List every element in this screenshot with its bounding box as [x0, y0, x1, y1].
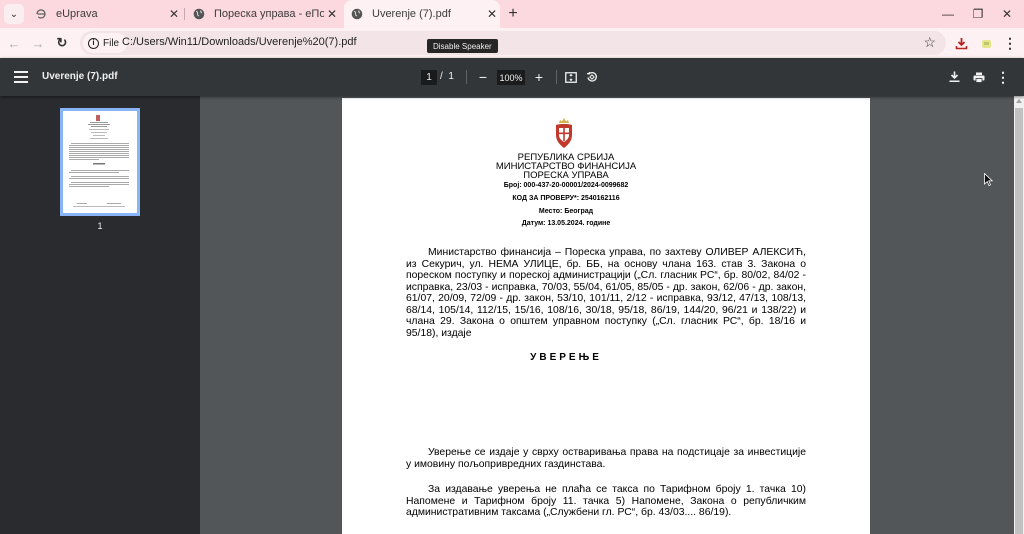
- zoom-out-button[interactable]: −: [474, 68, 492, 86]
- info-icon: i: [88, 38, 99, 49]
- verification-code: КОД ЗА ПРОВЕРУ*: 2540162116: [406, 195, 726, 202]
- printer-icon: [973, 72, 985, 83]
- plus-icon: +: [535, 69, 543, 85]
- tab-strip: ⌄ eUprava ✕ Пореска управа - еПорези :: …: [0, 0, 1024, 28]
- reload-icon: ↻: [57, 35, 68, 51]
- total-pages: 1: [448, 71, 454, 82]
- tooltip: Disable Speaker: [427, 39, 498, 53]
- print-button[interactable]: [970, 68, 988, 86]
- thumbnail-preview: [63, 111, 137, 213]
- arrow-left-icon: ←: [8, 36, 21, 51]
- bookmark-star-icon[interactable]: ☆: [923, 34, 936, 51]
- globe-icon: [350, 7, 364, 21]
- sidebar-toggle-button[interactable]: [14, 71, 28, 83]
- more-vert-icon: ⋮: [996, 69, 1010, 86]
- download-icon: [955, 37, 968, 50]
- toolbar-divider: [556, 70, 557, 84]
- page-number-input[interactable]: 1: [421, 70, 437, 85]
- pdf-viewer-area[interactable]: РЕПУБЛИКА СРБИЈА МИНИСТАРСТВО ФИНАНСИЈА …: [200, 96, 1014, 534]
- page-thumbnail-1[interactable]: [60, 108, 140, 216]
- tab-poreska-uprava[interactable]: Пореска управа - еПорези :: Улаз ✕: [188, 0, 340, 28]
- reload-button[interactable]: ↻: [52, 33, 72, 53]
- tab-title: Пореска управа - еПорези :: Улаз: [214, 8, 324, 20]
- tab-divider: [184, 8, 185, 20]
- header-line-3: ПОРЕСКА УПРАВА: [406, 171, 726, 180]
- minimize-button[interactable]: —: [931, 0, 965, 28]
- arrow-right-icon: →: [32, 36, 45, 51]
- thumbnail-sidebar: 1: [0, 96, 200, 534]
- browser-menu-button[interactable]: ⋮: [1000, 33, 1020, 53]
- minus-icon: −: [479, 69, 487, 85]
- pdf-page: РЕПУБЛИКА СРБИЈА МИНИСТАРСТВО ФИНАНСИЈА …: [342, 98, 870, 534]
- pdf-toolbar: Uverenje (7).pdf 1 / 1 − 100% + ⋮: [0, 58, 1024, 96]
- vertical-scrollbar[interactable]: [1014, 96, 1024, 534]
- browser-toolbar: ← → ↻ i File C:/Users/Win11/Downloads/Uv…: [0, 28, 1024, 58]
- euprava-icon: [34, 7, 48, 21]
- chevron-down-icon: ⌄: [10, 9, 18, 20]
- tab-uverenje-pdf[interactable]: Uverenje (7).pdf ✕: [344, 0, 500, 28]
- toolbar-divider: [466, 70, 467, 84]
- thumbnail-page-number: 1: [0, 221, 200, 231]
- close-tab-icon[interactable]: ✕: [324, 6, 340, 22]
- site-info-label: File: [103, 38, 119, 49]
- page-count: / 1: [440, 71, 454, 82]
- fee-paragraph: За издавање уверења не плаћа се такса по…: [406, 484, 806, 519]
- address-bar[interactable]: i File C:/Users/Win11/Downloads/Uverenje…: [80, 31, 946, 55]
- pdf-more-actions-button[interactable]: ⋮: [994, 68, 1012, 86]
- url-text[interactable]: C:/Users/Win11/Downloads/Uverenje%20(7).…: [122, 36, 357, 48]
- rotate-button[interactable]: [583, 68, 601, 86]
- more-vert-icon: ⋮: [1003, 35, 1017, 52]
- close-tab-icon[interactable]: ✕: [484, 6, 500, 22]
- pdf-file-name: Uverenje (7).pdf: [42, 71, 118, 82]
- scrollbar-thumb[interactable]: [1015, 108, 1023, 534]
- serbian-coat-of-arms-icon: [554, 118, 574, 150]
- rotate-icon: [586, 71, 598, 83]
- intro-paragraph: Министарство финансија – Пореска управа,…: [406, 247, 806, 339]
- issue-place: Место: Београд: [406, 208, 726, 215]
- document-number: Број: 000-437-20-00001/2024-0099682: [406, 182, 726, 189]
- issue-date: Датум: 13.05.2024. године: [406, 220, 726, 227]
- extension-button[interactable]: [976, 33, 996, 53]
- tab-euprava[interactable]: eUprava ✕: [30, 0, 182, 28]
- new-tab-button[interactable]: +: [504, 5, 522, 23]
- zoom-level-input[interactable]: 100%: [497, 70, 525, 85]
- tab-search-button[interactable]: ⌄: [4, 4, 24, 24]
- fit-page-icon: [565, 72, 577, 83]
- globe-icon: [192, 7, 206, 21]
- purpose-paragraph: Уверење се издаје у сврху остваривања пр…: [406, 447, 806, 470]
- zoom-in-button[interactable]: +: [530, 68, 548, 86]
- mouse-cursor-icon: [984, 173, 993, 186]
- forward-button[interactable]: →: [28, 33, 48, 53]
- fit-to-page-button[interactable]: [562, 68, 580, 86]
- document-title: УВЕРЕЊЕ: [406, 352, 726, 363]
- scroll-up-arrow-icon[interactable]: [1016, 99, 1022, 103]
- tab-title: Uverenje (7).pdf: [372, 8, 484, 20]
- close-window-button[interactable]: ✕: [990, 0, 1024, 28]
- back-button[interactable]: ←: [4, 33, 24, 53]
- page-separator: /: [440, 71, 443, 82]
- downloads-button[interactable]: [951, 33, 971, 53]
- download-pdf-button[interactable]: [945, 68, 963, 86]
- extension-icon: [981, 38, 992, 49]
- site-info-chip[interactable]: i File: [83, 33, 127, 53]
- close-tab-icon[interactable]: ✕: [166, 6, 182, 22]
- download-icon: [949, 71, 960, 83]
- tab-title: eUprava: [56, 8, 166, 20]
